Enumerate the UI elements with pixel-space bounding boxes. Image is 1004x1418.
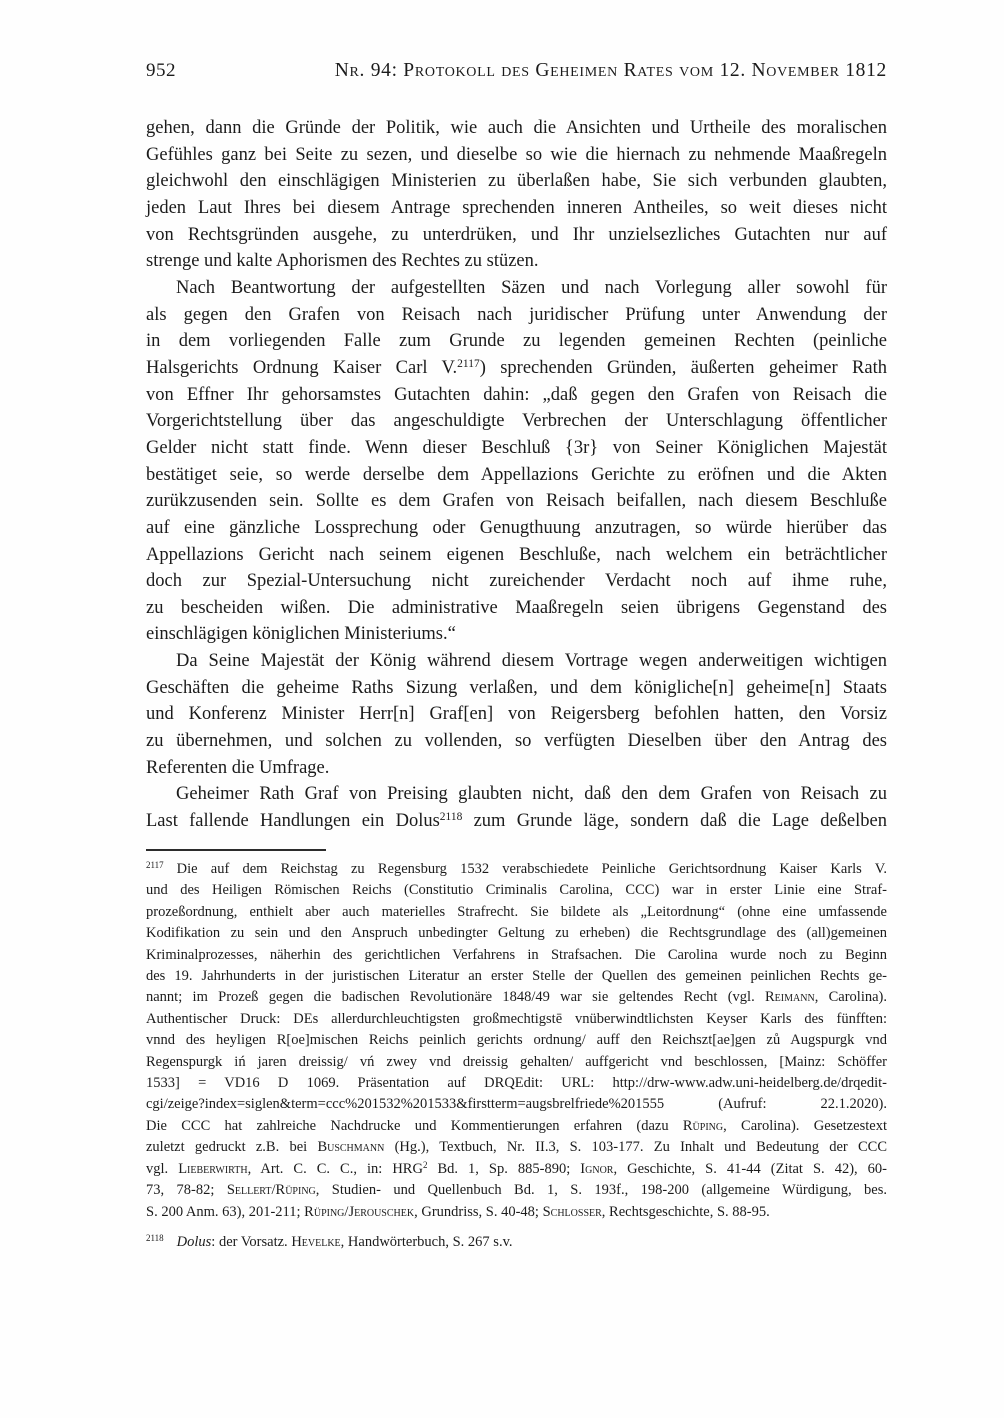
text-line: Nach Beantwortung der aufgestellten Säze…	[146, 275, 887, 302]
text-line: gleichwohl den einschlägigen Ministerien…	[146, 168, 887, 195]
text-line: einschlägigen königlichen Ministeriums.“	[146, 621, 887, 648]
smallcaps-name: Buschmann	[317, 1139, 384, 1155]
text-line: vgl. Lieberwirth, Art. C. C. C., in: HRG…	[146, 1159, 887, 1180]
text-line: Halsgerichts Ordnung Kaiser Carl V.2117)…	[146, 355, 887, 382]
text-line: Gelder nicht statt finde. Wenn dieser Be…	[146, 435, 887, 462]
page-number: 952	[146, 60, 176, 82]
body-text: gehen, dann die Gründe der Politik, wie …	[146, 115, 887, 835]
footnote-item: 2117Die auf dem Reichstag zu Regensburg …	[146, 859, 887, 1223]
body-paragraph: Nach Beantwortung der aufgestellten Säze…	[146, 275, 887, 648]
text-line: Geschäften die geheime Raths Sizung verl…	[146, 675, 887, 702]
text-line: zu bescheiden wißen. Die administrative …	[146, 595, 887, 622]
page-header: 952 Nr. 94: Protokoll des Geheimen Rates…	[146, 60, 887, 82]
text-line: zu übernehmen, und solchen zu vollenden,…	[146, 728, 887, 755]
text-line: vnnd des heyligen R[oe]mischen Reichs pe…	[146, 1030, 887, 1051]
text-line: zurükzusenden sein. Sollte es dem Grafen…	[146, 488, 887, 515]
smallcaps-name: Schlosser	[543, 1204, 602, 1220]
text-line: gehen, dann die Gründe der Politik, wie …	[146, 115, 887, 142]
text-line: auf eine gänzliche Lossprechung oder Gen…	[146, 515, 887, 542]
text-line: nannt; im Prozeß gegen die badischen Rev…	[146, 987, 887, 1008]
smallcaps-name: Sellert	[227, 1182, 272, 1198]
smallcaps-name: Reimann	[765, 989, 815, 1005]
text-line: Da Seine Majestät der König während dies…	[146, 648, 887, 675]
smallcaps-name: Rüping	[304, 1204, 344, 1220]
italic-text: Dolus	[177, 1234, 212, 1250]
text-line: doch zur Spezial-Untersuchung nicht zure…	[146, 568, 887, 595]
smallcaps-name: Rüping	[683, 1118, 723, 1134]
text-line: und des Heiligen Römischen Reichs (Const…	[146, 880, 887, 901]
text-line: 2118Dolus: der Vorsatz. Hevelke, Handwör…	[146, 1232, 887, 1253]
text-line: des 19. Jahrhunderts in der juristischen…	[146, 966, 887, 987]
superscript-reference: 2	[423, 1160, 428, 1170]
smallcaps-name: Hevelke	[291, 1234, 340, 1250]
text-line: Appellazions Gericht nach seinem eigenen…	[146, 542, 887, 569]
footnote-marker: 2118	[146, 1233, 164, 1243]
text-line: und Konferenz Minister Herr[n] Graf[en] …	[146, 701, 887, 728]
footnote-item: 2118Dolus: der Vorsatz. Hevelke, Handwör…	[146, 1232, 887, 1253]
text-line: prozeßordnung, enthielt aber auch materi…	[146, 902, 887, 923]
text-line: S. 200 Anm. 63), 201-211; Rüping/Jerousc…	[146, 1202, 887, 1223]
body-paragraph: Da Seine Majestät der König während dies…	[146, 648, 887, 781]
text-line: zuletzt gedruckt z.B. bei Buschmann (Hg.…	[146, 1137, 887, 1158]
text-line: jeden Laut Ihres bei diesem Antrage spre…	[146, 195, 887, 222]
text-line: 2117Die auf dem Reichstag zu Regensburg …	[146, 859, 887, 880]
smallcaps-name: Ignor	[580, 1161, 613, 1177]
book-page: 952 Nr. 94: Protokoll des Geheimen Rates…	[0, 0, 1004, 1418]
text-line: Geheimer Rath Graf von Preising glaubten…	[146, 781, 887, 808]
smallcaps-name: Jerouschek	[348, 1204, 414, 1220]
text-line: cgi/zeige?index=siglen&term=ccc%201532%2…	[146, 1094, 887, 1115]
superscript-reference: 2117	[457, 358, 480, 370]
text-line: Last fallende Handlungen ein Dolus2118 z…	[146, 808, 887, 835]
footnote-marker: 2117	[146, 860, 164, 870]
body-paragraph: Geheimer Rath Graf von Preising glaubten…	[146, 781, 887, 834]
text-line: von Rechtsgründen ausgehe, zu unterdrüke…	[146, 222, 887, 249]
text-line: Vorgerichtstellung über das angeschuldig…	[146, 408, 887, 435]
text-line: Regenspurgk iń jaren dreissig/ vń zwey v…	[146, 1052, 887, 1073]
running-title: Nr. 94: Protokoll des Geheimen Rates vom…	[335, 60, 887, 82]
smallcaps-name: Rüping	[276, 1182, 316, 1198]
body-paragraph: gehen, dann die Gründe der Politik, wie …	[146, 115, 887, 275]
text-line: bestätiget seie, so werde derselbe dem A…	[146, 462, 887, 489]
footnotes: 2117Die auf dem Reichstag zu Regensburg …	[146, 859, 887, 1253]
text-line: von Effner Ihr gehorsamstes Gutachten da…	[146, 382, 887, 409]
text-line: Kodifikation zu sein und den Anspruch un…	[146, 923, 887, 944]
smallcaps-name: Lieberwirth	[178, 1161, 247, 1177]
text-line: Kriminalprozesses, näherhin des gerichtl…	[146, 945, 887, 966]
text-line: 1533] = VD16 D 1069. Präsentation auf DR…	[146, 1073, 887, 1094]
superscript-reference: 2118	[440, 811, 463, 823]
text-line: Die CCC hat zahlreiche Nachdrucke und Ko…	[146, 1116, 887, 1137]
text-line: Authentischer Druck: DEs allerdurchleuch…	[146, 1009, 887, 1030]
text-line: Gefühles ganz bei Seite zu sezen, und di…	[146, 142, 887, 169]
footnote-separator	[146, 849, 326, 851]
text-line: 73, 78-82; Sellert/Rüping, Studien- und …	[146, 1180, 887, 1201]
text-line: in dem vorliegenden Falle zum Grunde zu …	[146, 328, 887, 355]
text-line: strenge und kalte Aphorismen des Rechtes…	[146, 248, 887, 275]
text-line: als gegen den Grafen von Reisach nach ju…	[146, 302, 887, 329]
text-line: Referenten die Umfrage.	[146, 755, 887, 782]
